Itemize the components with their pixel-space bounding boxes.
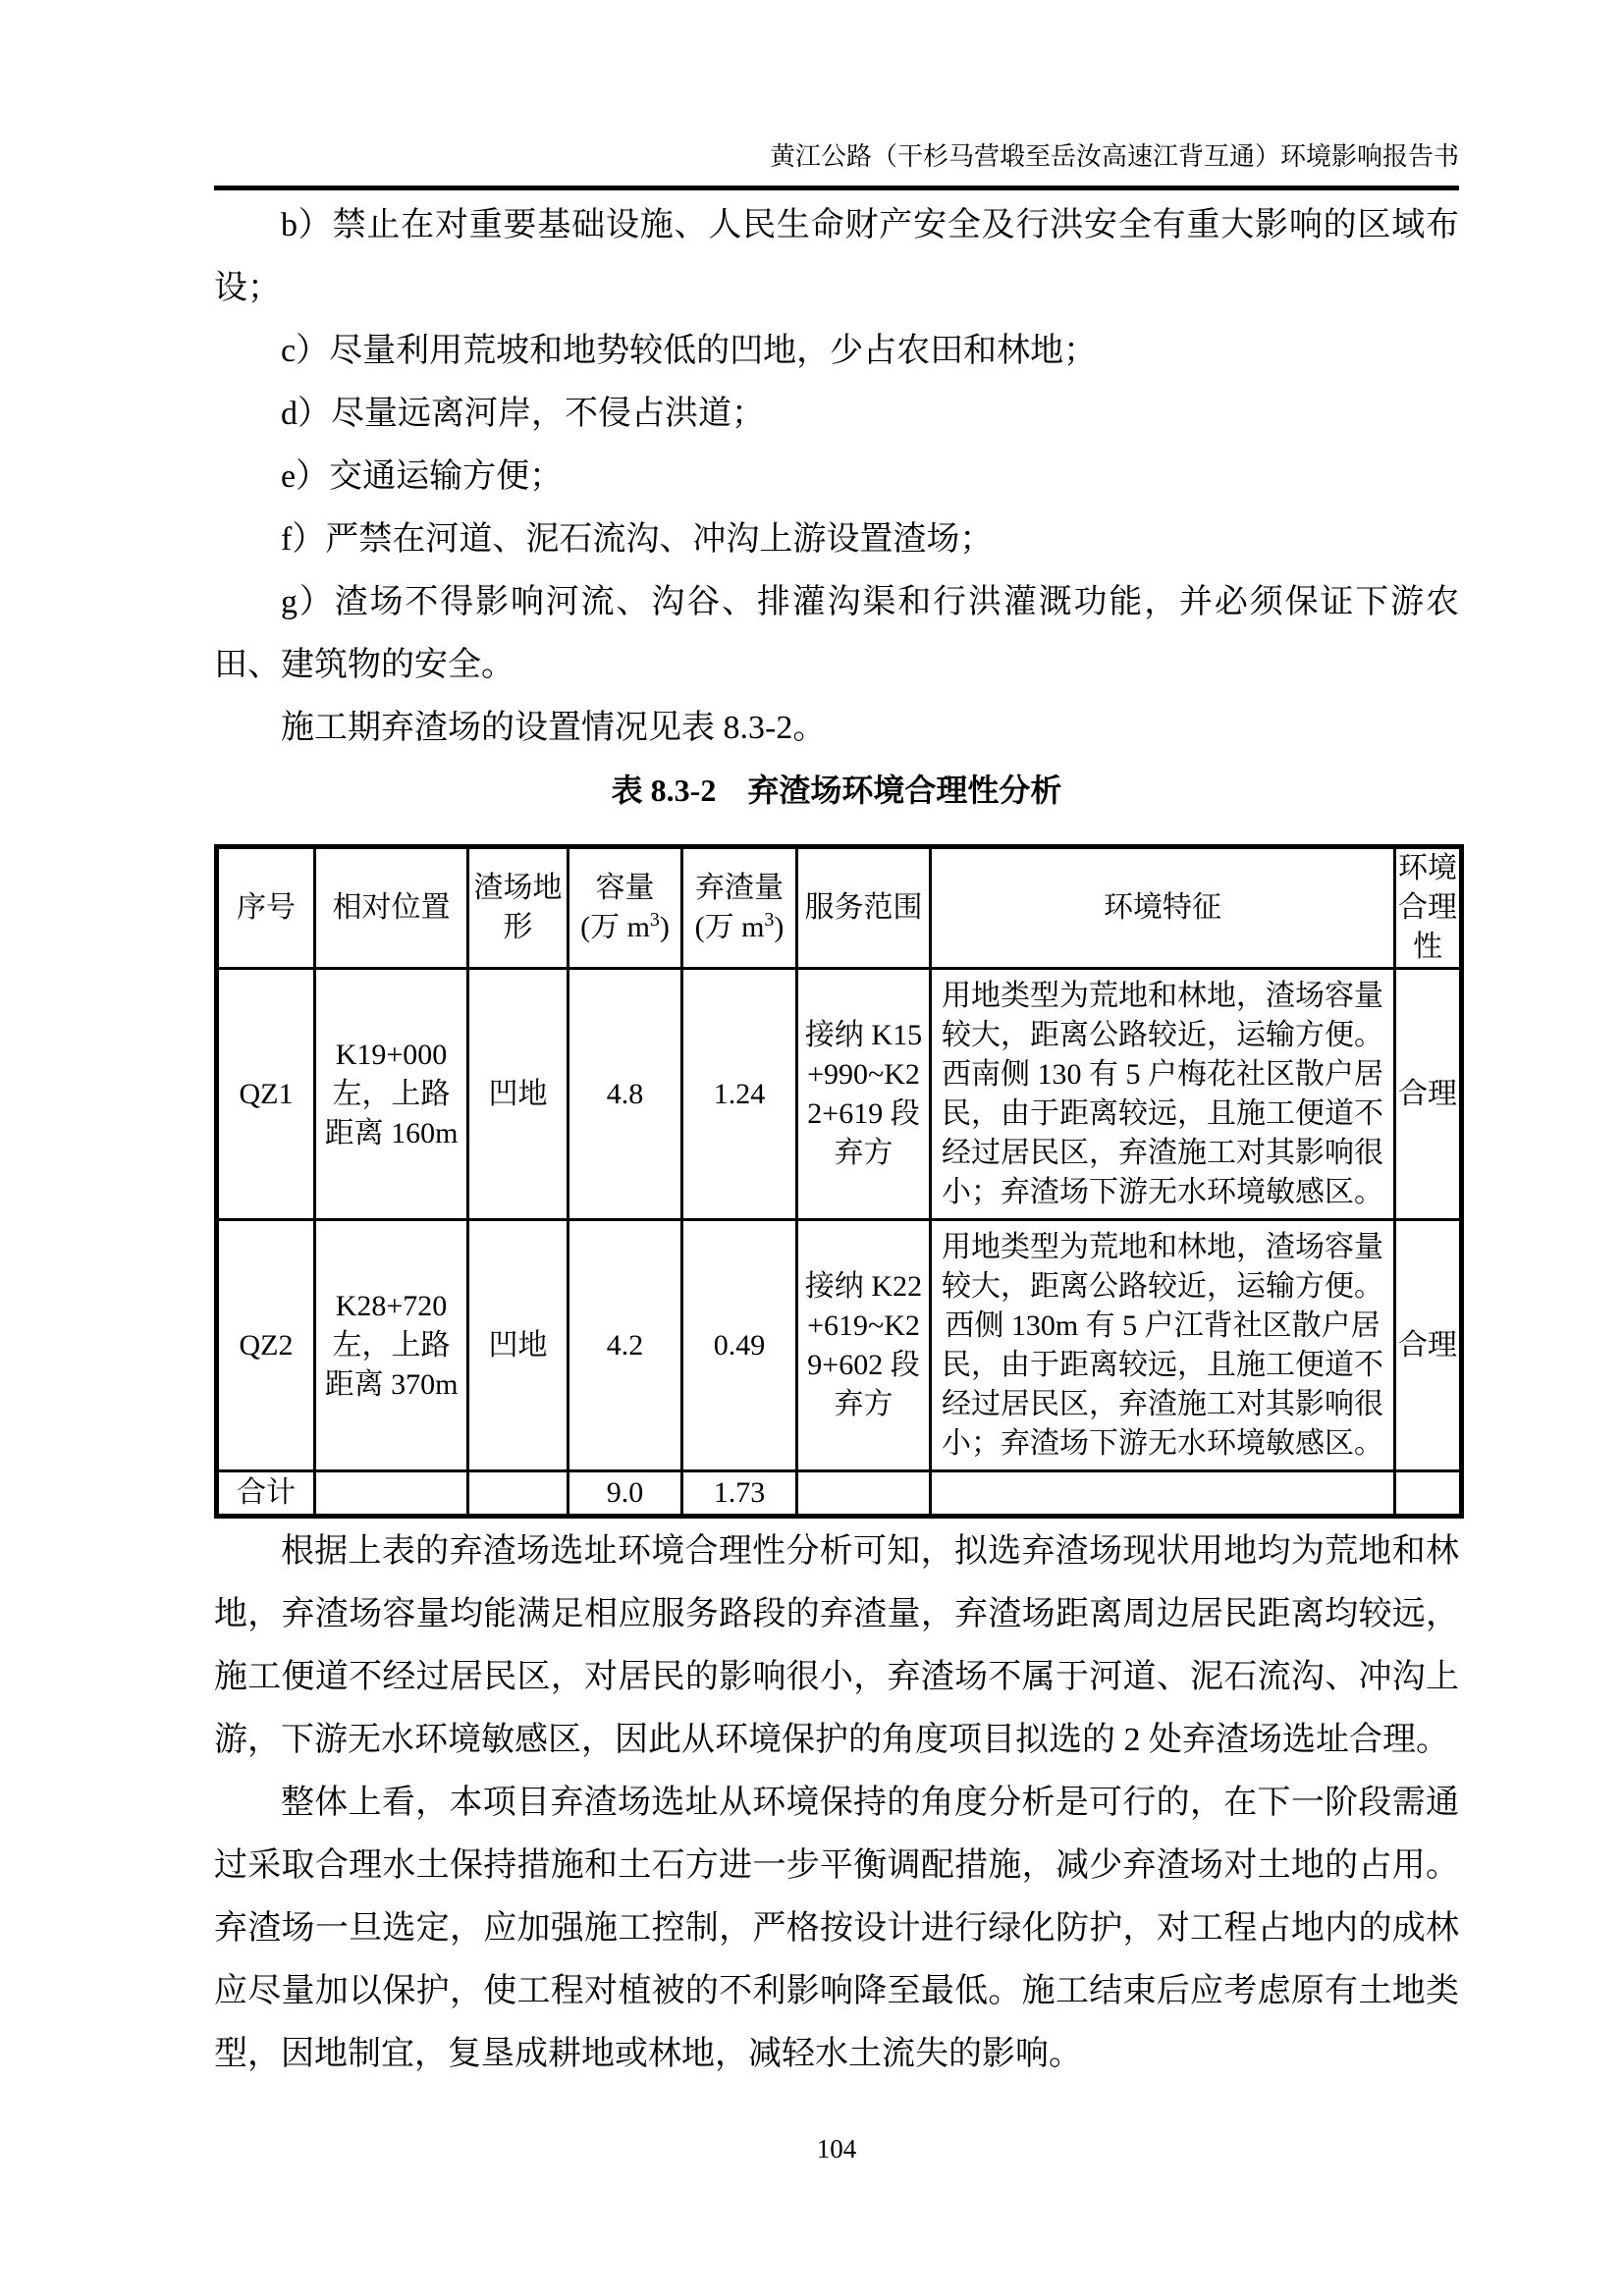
- table-row-qz1: QZ1 K19+000 左，上路距离 160m 凹地 4.8 1.24 接纳 K…: [217, 969, 1462, 1220]
- header-rule: [214, 186, 1459, 190]
- page-header: 黄江公路（干杉马营塅至岳汝高速江背互通）环境影响报告书: [214, 0, 1459, 173]
- body-paragraphs: b）禁止在对重要基础设施、人民生命财产安全及行洪安全有重大影响的区域布设； c）…: [214, 194, 1459, 821]
- paragraph-item-e: e）交通运输方便；: [214, 446, 1459, 508]
- capacity-unit-pre: (万 m: [580, 911, 650, 943]
- paragraph-analysis: 根据上表的弃渣场选址环境合理性分析可知，拟选弃渣场现状用地均为荒地和林地，弃渣场…: [214, 1521, 1459, 1772]
- col-header-seq: 序号: [217, 847, 315, 969]
- paragraph-conclusion: 整体上看，本项目弃渣场选址从环境保持的角度分析是可行的，在下一阶段需通过采取合理…: [214, 1772, 1459, 2086]
- waste-label: 弃渣量: [695, 872, 784, 904]
- total-capacity-cell: 9.0: [568, 1471, 682, 1517]
- waste-unit: (万 m3): [695, 911, 785, 943]
- qz1-service-cell: 接纳 K15+990~K22+619 段弃方: [797, 969, 931, 1220]
- col-header-features: 环境特征: [931, 847, 1395, 969]
- page-number: 104: [214, 2129, 1459, 2168]
- closing-paragraphs: 根据上表的弃渣场选址环境合理性分析可知，拟选弃渣场现状用地均为荒地和林地，弃渣场…: [214, 1521, 1459, 2086]
- col-header-service: 服务范围: [797, 847, 931, 969]
- qz2-capacity-cell: 4.2: [568, 1220, 682, 1471]
- col-header-position: 相对位置: [315, 847, 468, 969]
- capacity-unit-sup: 3: [650, 909, 660, 931]
- qz2-waste-cell: 0.49: [682, 1220, 797, 1471]
- paragraph-item-c: c）尽量利用荒坡和地势较低的凹地，少占农田和林地；: [214, 320, 1459, 383]
- qz2-terrain-cell: 凹地: [468, 1220, 568, 1471]
- col-header-capacity: 容量(万 m3): [568, 847, 682, 969]
- qz1-rationality-cell: 合理: [1395, 969, 1462, 1220]
- qz2-seq-cell: QZ2: [217, 1220, 315, 1471]
- waste-unit-sup: 3: [764, 909, 774, 931]
- total-waste-cell: 1.73: [682, 1471, 797, 1517]
- waste-unit-post: ): [774, 911, 784, 943]
- table-header-row: 序号 相对位置 渣场地形 容量(万 m3) 弃渣量(万 m3) 服务范围 环境特…: [217, 847, 1462, 969]
- table-total-row: 合计 9.0 1.73: [217, 1471, 1462, 1517]
- col-header-terrain: 渣场地形: [468, 847, 568, 969]
- qz2-features-cell: 用地类型为荒地和林地，渣场容量较大，距离公路较近，运输方便。西侧 130m 有 …: [931, 1220, 1395, 1471]
- qz1-seq-cell: QZ1: [217, 969, 315, 1220]
- qz2-position-cell: K28+720 左，上路距离 370m: [315, 1220, 468, 1471]
- page-content: 黄江公路（干杉马营塅至岳汝高速江背互通）环境影响报告书 b）禁止在对重要基础设施…: [214, 0, 1459, 2168]
- total-rationality-cell: [1395, 1471, 1462, 1517]
- paragraph-item-b: b）禁止在对重要基础设施、人民生命财产安全及行洪安全有重大影响的区域布设；: [214, 194, 1459, 320]
- paragraph-item-f: f）严禁在河道、泥石流沟、冲沟上游设置渣场；: [214, 508, 1459, 571]
- waste-unit-pre: (万 m: [695, 911, 765, 943]
- col-header-rationality: 环境合理性: [1395, 847, 1462, 969]
- table-title: 表 8.3-2 弃渣场环境合理性分析: [214, 760, 1459, 821]
- total-features-cell: [931, 1471, 1395, 1517]
- paragraph-table-intro: 施工期弃渣场的设置情况见表 8.3-2。: [214, 697, 1459, 760]
- paragraph-item-d: d）尽量远离河岸，不侵占洪道；: [214, 383, 1459, 446]
- qz1-terrain-cell: 凹地: [468, 969, 568, 1220]
- capacity-unit: (万 m3): [580, 911, 670, 943]
- capacity-unit-post: ): [660, 911, 670, 943]
- total-position-cell: [315, 1471, 468, 1517]
- document-page: 黄江公路（干杉马营塅至岳汝高速江背互通）环境影响报告书 b）禁止在对重要基础设施…: [0, 0, 1624, 2296]
- qz1-position-cell: K19+000 左，上路距离 160m: [315, 969, 468, 1220]
- total-service-cell: [797, 1471, 931, 1517]
- qz1-features-cell: 用地类型为荒地和林地，渣场容量较大，距离公路较近，运输方便。西南侧 130 有 …: [931, 969, 1395, 1220]
- total-label-cell: 合计: [217, 1471, 315, 1517]
- capacity-label: 容量: [596, 872, 655, 904]
- waste-site-table: 序号 相对位置 渣场地形 容量(万 m3) 弃渣量(万 m3) 服务范围 环境特…: [214, 844, 1464, 1519]
- qz1-capacity-cell: 4.8: [568, 969, 682, 1220]
- header-title: 黄江公路（干杉马营塅至岳汝高速江背互通）环境影响报告书: [770, 142, 1459, 171]
- paragraph-item-g: g）渣场不得影响河流、沟谷、排灌沟渠和行洪灌溉功能，并必须保证下游农田、建筑物的…: [214, 571, 1459, 697]
- qz1-waste-cell: 1.24: [682, 969, 797, 1220]
- qz2-service-cell: 接纳 K22+619~K29+602 段弃方: [797, 1220, 931, 1471]
- qz2-rationality-cell: 合理: [1395, 1220, 1462, 1471]
- table-row-qz2: QZ2 K28+720 左，上路距离 370m 凹地 4.2 0.49 接纳 K…: [217, 1220, 1462, 1471]
- total-terrain-cell: [468, 1471, 568, 1517]
- col-header-waste: 弃渣量(万 m3): [682, 847, 797, 969]
